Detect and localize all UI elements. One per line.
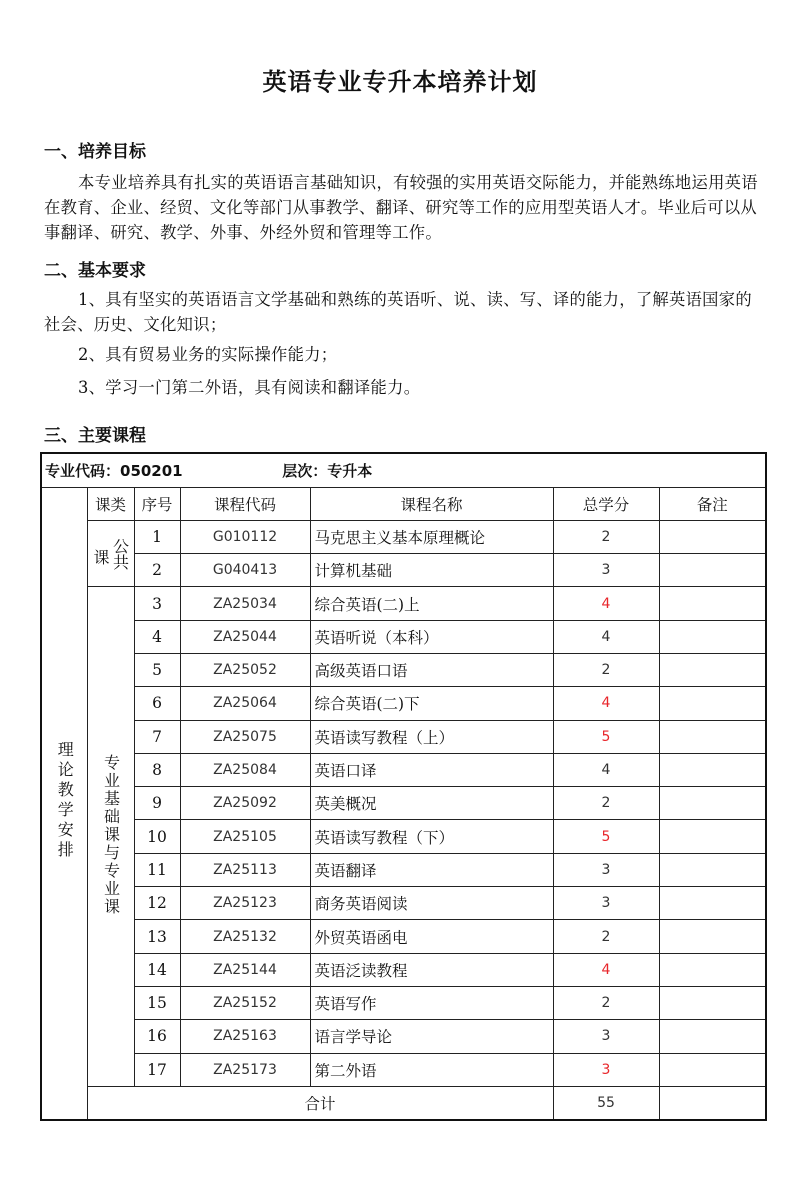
course-name-cell: 英语写作 — [310, 986, 553, 1019]
table-row: 8ZA25084英语口译4 — [41, 753, 766, 786]
credits-cell: 2 — [553, 986, 659, 1019]
credits-cell: 4 — [553, 620, 659, 653]
seq-cell: 11 — [134, 853, 180, 886]
course-table: 专业代码：050201 层次：专升本 理论教学安排 课类 序号 课程代码 课程名… — [40, 452, 767, 1121]
seq-cell: 2 — [134, 554, 180, 587]
course-code-cell: ZA25044 — [180, 620, 310, 653]
table-row: 14ZA25144英语泛读教程4 — [41, 953, 766, 986]
group-public-cell: 课公共 — [87, 520, 134, 587]
seq-cell: 9 — [134, 787, 180, 820]
course-code-cell: G010112 — [180, 520, 310, 553]
remarks-cell — [659, 554, 766, 587]
seq-cell: 7 — [134, 720, 180, 753]
course-code-cell: ZA25132 — [180, 920, 310, 953]
remarks-cell — [659, 853, 766, 886]
header-code: 课程代码 — [180, 487, 310, 520]
remarks-cell — [659, 720, 766, 753]
table-meta-cell: 专业代码：050201 层次：专升本 — [41, 453, 766, 487]
requirement-item: 3、学习一门第二外语，具有阅读和翻译能力。 — [44, 375, 766, 400]
table-row: 课公共1G010112马克思主义基本原理概论2 — [41, 520, 766, 553]
table-row: 13ZA25132外贸英语函电2 — [41, 920, 766, 953]
course-code-cell: ZA25064 — [180, 687, 310, 720]
credits-cell: 2 — [553, 520, 659, 553]
credits-cell: 3 — [553, 1020, 659, 1053]
course-code-cell: ZA25075 — [180, 720, 310, 753]
course-code-cell: ZA25173 — [180, 1053, 310, 1086]
credits-cell: 4 — [553, 587, 659, 620]
requirement-item: 1、具有坚实的英语语言文学基础和熟练的英语听、说、读、写、译的能力，了解英语国家… — [44, 287, 766, 337]
course-name-cell: 英语读写教程（上） — [310, 720, 553, 753]
course-name-cell: 第二外语 — [310, 1053, 553, 1086]
credits-cell: 3 — [553, 554, 659, 587]
seq-cell: 4 — [134, 620, 180, 653]
remarks-cell — [659, 587, 766, 620]
credits-cell: 4 — [553, 687, 659, 720]
remarks-cell — [659, 653, 766, 686]
table-row: 9ZA25092英美概况2 — [41, 787, 766, 820]
course-name-cell: 英语泛读教程 — [310, 953, 553, 986]
course-name-cell: 语言学导论 — [310, 1020, 553, 1053]
course-code-cell: ZA25084 — [180, 753, 310, 786]
course-name-cell: 英语读写教程（下） — [310, 820, 553, 853]
header-category: 课类 — [87, 487, 134, 520]
page-title: 英语专业专升本培养计划 — [0, 62, 800, 97]
remarks-cell — [659, 753, 766, 786]
course-name-cell: 计算机基础 — [310, 554, 553, 587]
credits-cell: 4 — [553, 953, 659, 986]
outer-group-cell: 理论教学安排 — [41, 487, 87, 1120]
section-heading-goal: 一、培养目标 — [44, 137, 146, 162]
course-name-cell: 英语听说（本科） — [310, 620, 553, 653]
total-remarks — [659, 1086, 766, 1119]
credits-cell: 2 — [553, 787, 659, 820]
table-meta-row: 专业代码：050201 层次：专升本 — [41, 453, 766, 487]
seq-cell: 1 — [134, 520, 180, 553]
course-code-cell: G040413 — [180, 554, 310, 587]
credits-cell: 2 — [553, 653, 659, 686]
seq-cell: 14 — [134, 953, 180, 986]
table-row: 专业基础课与专业课3ZA25034综合英语(二)上4 — [41, 587, 766, 620]
course-code-cell: ZA25152 — [180, 986, 310, 1019]
seq-cell: 16 — [134, 1020, 180, 1053]
seq-cell: 12 — [134, 887, 180, 920]
remarks-cell — [659, 953, 766, 986]
remarks-cell — [659, 687, 766, 720]
remarks-cell — [659, 887, 766, 920]
remarks-cell — [659, 787, 766, 820]
course-code-cell: ZA25034 — [180, 587, 310, 620]
remarks-cell — [659, 986, 766, 1019]
remarks-cell — [659, 620, 766, 653]
table-row: 10ZA25105英语读写教程（下）5 — [41, 820, 766, 853]
course-name-cell: 外贸英语函电 — [310, 920, 553, 953]
credits-cell: 3 — [553, 887, 659, 920]
header-seq: 序号 — [134, 487, 180, 520]
seq-cell: 10 — [134, 820, 180, 853]
remarks-cell — [659, 820, 766, 853]
group-major-label: 专业基础课与专业课 — [103, 754, 119, 916]
header-name: 课程名称 — [310, 487, 553, 520]
section-heading-requirements: 二、基本要求 — [44, 256, 146, 281]
group-public-label-1: 课 — [93, 548, 109, 568]
table-row: 5ZA25052高级英语口语2 — [41, 653, 766, 686]
group-public-label-2: 公共 — [112, 538, 128, 570]
total-label: 合计 — [87, 1086, 553, 1119]
credits-cell: 5 — [553, 820, 659, 853]
remarks-cell — [659, 520, 766, 553]
group-major-cell: 专业基础课与专业课 — [87, 587, 134, 1086]
total-row: 合计55 — [41, 1086, 766, 1119]
seq-cell: 3 — [134, 587, 180, 620]
credits-cell: 3 — [553, 1053, 659, 1086]
requirement-item: 2、具有贸易业务的实际操作能力； — [44, 342, 766, 367]
table-row: 6ZA25064综合英语(二)下4 — [41, 687, 766, 720]
credits-cell: 4 — [553, 753, 659, 786]
table-header-row: 理论教学安排 课类 序号 课程代码 课程名称 总学分 备注 — [41, 487, 766, 520]
course-code-cell: ZA25113 — [180, 853, 310, 886]
remarks-cell — [659, 1020, 766, 1053]
course-name-cell: 商务英语阅读 — [310, 887, 553, 920]
goal-paragraph: 本专业培养具有扎实的英语语言基础知识，有较强的实用英语交际能力，并能熟练地运用英… — [44, 170, 766, 245]
remarks-cell — [659, 920, 766, 953]
credits-cell: 2 — [553, 920, 659, 953]
seq-cell: 6 — [134, 687, 180, 720]
course-name-cell: 英美概况 — [310, 787, 553, 820]
table-row: 4ZA25044英语听说（本科）4 — [41, 620, 766, 653]
seq-cell: 5 — [134, 653, 180, 686]
course-code-cell: ZA25092 — [180, 787, 310, 820]
seq-cell: 15 — [134, 986, 180, 1019]
course-name-cell: 高级英语口语 — [310, 653, 553, 686]
course-code-cell: ZA25123 — [180, 887, 310, 920]
header-credits: 总学分 — [553, 487, 659, 520]
study-level: 层次：专升本 — [282, 460, 372, 481]
course-code-cell: ZA25163 — [180, 1020, 310, 1053]
major-code: 专业代码：050201 — [45, 460, 277, 481]
course-name-cell: 英语翻译 — [310, 853, 553, 886]
table-row: 2G040413计算机基础3 — [41, 554, 766, 587]
outer-group-label: 理论教学安排 — [56, 741, 72, 861]
section-heading-courses: 三、主要课程 — [44, 421, 146, 446]
remarks-cell — [659, 1053, 766, 1086]
credits-cell: 3 — [553, 853, 659, 886]
header-remarks: 备注 — [659, 487, 766, 520]
table-row: 15ZA25152英语写作2 — [41, 986, 766, 1019]
table-row: 17ZA25173第二外语3 — [41, 1053, 766, 1086]
course-name-cell: 综合英语(二)上 — [310, 587, 553, 620]
course-name-cell: 英语口译 — [310, 753, 553, 786]
course-code-cell: ZA25144 — [180, 953, 310, 986]
credits-cell: 5 — [553, 720, 659, 753]
total-credits: 55 — [553, 1086, 659, 1119]
seq-cell: 8 — [134, 753, 180, 786]
seq-cell: 13 — [134, 920, 180, 953]
course-name-cell: 综合英语(二)下 — [310, 687, 553, 720]
table-row: 12ZA25123商务英语阅读3 — [41, 887, 766, 920]
course-code-cell: ZA25105 — [180, 820, 310, 853]
table-row: 11ZA25113英语翻译3 — [41, 853, 766, 886]
table-row: 16ZA25163语言学导论3 — [41, 1020, 766, 1053]
course-name-cell: 马克思主义基本原理概论 — [310, 520, 553, 553]
seq-cell: 17 — [134, 1053, 180, 1086]
table-row: 7ZA25075英语读写教程（上）5 — [41, 720, 766, 753]
course-code-cell: ZA25052 — [180, 653, 310, 686]
